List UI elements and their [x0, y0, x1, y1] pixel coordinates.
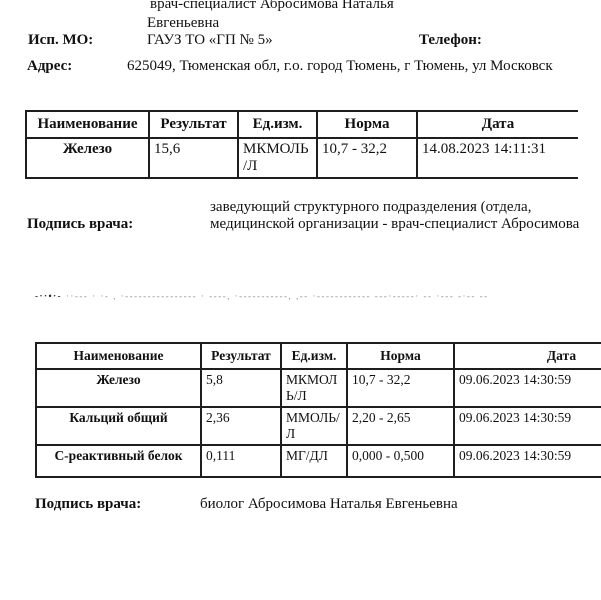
cell-date: 09.06.2023 14:30:59 [454, 407, 601, 445]
doc1-signature-value-line2: медицинской организации - врач-специалис… [210, 216, 579, 233]
cell-date: 09.06.2023 14:30:59 [454, 369, 601, 407]
page-break-clipped-text: -··•·- ··--- · ·- , ·---------------- · … [35, 292, 575, 300]
cell-test-name: Железо [36, 369, 201, 407]
cell-test-name: Железо [26, 138, 149, 178]
cell-unit: МКМОЛ Ь/Л [281, 369, 347, 407]
cell-norm: 2,20 - 2,65 [347, 407, 454, 445]
cell-date: 14.08.2023 14:11:31 [417, 138, 578, 178]
table1-header-norm: Норма [317, 111, 417, 138]
cell-result: 2,36 [201, 407, 281, 445]
cell-norm: 10,7 - 32,2 [347, 369, 454, 407]
table1-header-unit: Ед.изм. [238, 111, 317, 138]
table2-header-unit: Ед.изм. [281, 343, 347, 369]
doc1-performer-value: ГАУЗ ТО «ГП № 5» [147, 32, 273, 49]
doc1-performer-label: Исп. МО: [28, 32, 93, 49]
cell-unit: ММОЛЬ/ Л [281, 407, 347, 445]
table1-row-iron: Железо 15,6 МКМОЛЬ /Л 10,7 - 32,2 14.08.… [26, 138, 578, 178]
doc2-signature-label: Подпись врача: [35, 496, 141, 513]
lab-results-table-1: Наименование Результат Ед.изм. Норма Дат… [25, 110, 578, 179]
cell-test-name: С-реактивный белок [36, 445, 201, 477]
doc1-signature-label: Подпись врача: [27, 216, 133, 233]
doc2-signature-value: биолог Абросимова Наталья Евгеньевна [200, 496, 458, 513]
doc1-signature-value-line1: заведующий структурного подразделения (о… [210, 199, 531, 216]
doc1-address-label: Адрес: [27, 58, 72, 75]
doc1-doctor-name-line2: Евгеньевна [147, 15, 219, 32]
table2-row-calcium: Кальций общий 2,36 ММОЛЬ/ Л 2,20 - 2,65 … [36, 407, 601, 445]
cell-date: 09.06.2023 14:30:59 [454, 445, 601, 477]
doc1-phone-label: Телефон: [419, 32, 482, 49]
table1-header-date: Дата [417, 111, 578, 138]
table2-header-row: Наименование Результат Ед.изм. Норма Дат… [36, 343, 601, 369]
artifact-trail: ··--- · ·- , ·---------------- · ----, ·… [66, 292, 489, 300]
table2-header-norm: Норма [347, 343, 454, 369]
table2-row-iron: Железо 5,8 МКМОЛ Ь/Л 10,7 - 32,2 09.06.2… [36, 369, 601, 407]
table2-row-crp: С-реактивный белок 0,111 МГ/ДЛ 0,000 - 0… [36, 445, 601, 477]
doc1-address-value: 625049, Тюменская обл, г.о. город Тюмень… [127, 58, 553, 75]
cell-result: 5,8 [201, 369, 281, 407]
table2-header-date: Дата [454, 343, 601, 369]
cell-result: 0,111 [201, 445, 281, 477]
table2-header-name: Наименование [36, 343, 201, 369]
cell-norm: 10,7 - 32,2 [317, 138, 417, 178]
table2-clip-region: Наименование Результат Ед.изм. Норма Дат… [35, 342, 601, 478]
table1-header-result: Результат [149, 111, 238, 138]
doc1-doctor-name-line1: врач-специалист Абросимова Наталья [150, 0, 394, 13]
cell-unit: МКМОЛЬ /Л [238, 138, 317, 178]
table2-header-result: Результат [201, 343, 281, 369]
table1-header-row: Наименование Результат Ед.изм. Норма Дат… [26, 111, 578, 138]
lab-report-page: врач-специалист Абросимова Наталья Евген… [0, 0, 601, 600]
cell-unit: МГ/ДЛ [281, 445, 347, 477]
lab-results-table-2: Наименование Результат Ед.изм. Норма Дат… [35, 342, 601, 478]
table1-header-name: Наименование [26, 111, 149, 138]
cell-test-name: Кальций общий [36, 407, 201, 445]
cell-norm: 0,000 - 0,500 [347, 445, 454, 477]
artifact-dark-mark: -··•·- [35, 292, 62, 300]
cell-result: 15,6 [149, 138, 238, 178]
